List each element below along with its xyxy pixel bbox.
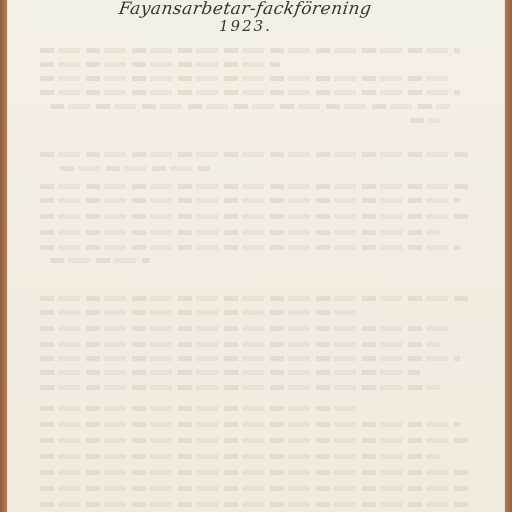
bleed-line xyxy=(40,370,420,375)
bleed-line xyxy=(40,470,470,475)
wooden-board-right-edge xyxy=(505,0,512,512)
bleed-line xyxy=(40,438,470,443)
bleed-line xyxy=(40,62,280,67)
bleed-line xyxy=(60,166,210,171)
bleed-line xyxy=(40,486,470,491)
handwritten-year: 1923. xyxy=(219,17,272,35)
bleed-line xyxy=(50,258,150,263)
bleed-line xyxy=(40,296,470,301)
bleed-line xyxy=(40,406,360,411)
bleed-line xyxy=(40,184,470,189)
wooden-board-left-edge xyxy=(0,0,7,512)
bleed-line xyxy=(410,118,440,123)
bleed-line xyxy=(40,90,460,95)
bleed-line xyxy=(40,198,460,203)
bleed-line xyxy=(40,422,460,427)
manuscript-page: Fayansarbetar-fackförening 1923. xyxy=(7,0,505,512)
bleed-line xyxy=(40,385,440,390)
bleed-line xyxy=(40,502,470,507)
bleed-line xyxy=(40,76,450,81)
bleed-line xyxy=(50,104,450,109)
bleed-line xyxy=(40,214,470,219)
bleed-line xyxy=(40,356,460,361)
bleed-line xyxy=(40,230,440,235)
handwritten-title: Fayansarbetar-fackförening xyxy=(118,0,401,18)
bleed-line xyxy=(40,342,440,347)
bleed-line xyxy=(40,310,360,315)
bleed-line xyxy=(40,152,470,157)
bleed-line xyxy=(40,245,460,250)
bleed-line xyxy=(40,454,440,459)
bleed-line xyxy=(40,326,450,331)
bleed-line xyxy=(40,48,460,53)
